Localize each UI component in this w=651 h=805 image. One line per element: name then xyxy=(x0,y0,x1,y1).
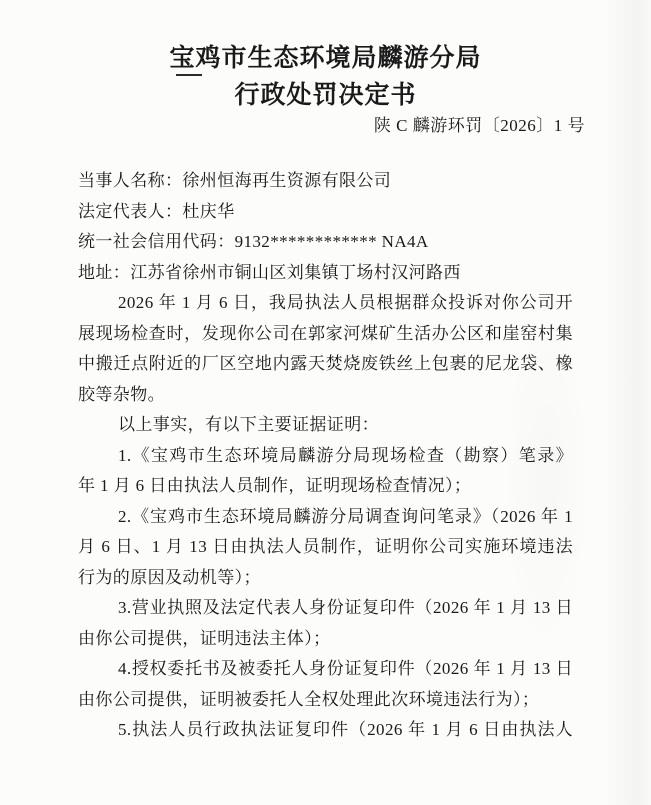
body-line-legal-rep: 法定代表人：杜庆华 xyxy=(78,197,573,228)
document-title-line-2: 行政处罚决定书 xyxy=(0,77,651,114)
body-line-facts-1: 2026 年 1 月 6 日，我局执法人员根据群众投诉对你公司开 xyxy=(78,288,573,319)
body-line-evidence-2b: 月 6 日、1 月 13 日由执法人员制作，证明你公司实施环境违法 xyxy=(78,532,573,563)
body-line-party-name: 当事人名称：徐州恒海再生资源有限公司 xyxy=(78,166,573,197)
body-line-evidence-2a: 2.《宝鸡市生态环境局麟游分局调查询问笔录》（2026 年 1 xyxy=(78,502,573,533)
body-line-evidence-3b: 由你公司提供，证明违法主体）； xyxy=(78,624,573,655)
scan-artifact-right-shade xyxy=(605,0,651,805)
body-line-evidence-4b: 由你公司提供，证明被委托人全权处理此次环境违法行为）； xyxy=(78,685,573,716)
body-line-evidence-1a: 1.《宝鸡市生态环境局麟游分局现场检查（勘察）笔录》（2026 xyxy=(78,441,573,472)
body-line-facts-3: 中搬迁点附近的厂区空地内露天焚烧废铁丝上包裹的尼龙袋、橡 xyxy=(78,349,573,380)
body-line-facts-4: 胶等杂物。 xyxy=(78,380,573,411)
document-title-line-1: 宝鸡市生态环境局麟游分局 xyxy=(0,40,651,77)
body-line-credit-code: 统一社会信用代码：9132************ NA4A xyxy=(78,227,573,258)
body-line-facts-2: 展现场检查时，发现你公司在郭家河煤矿生活办公区和崖窑村集 xyxy=(78,319,573,350)
body-line-evidence-2c: 行为的原因及动机等）； xyxy=(78,563,573,594)
body-line-evidence-4a: 4.授权委托书及被委托人身份证复印件（2026 年 1 月 13 日 xyxy=(78,654,573,685)
body-line-evidence-intro: 以上事实，有以下主要证据证明： xyxy=(78,410,573,441)
body-line-evidence-5a: 5.执法人员行政执法证复印件（2026 年 1 月 6 日由执法人 xyxy=(78,715,573,746)
document-title: 宝鸡市生态环境局麟游分局 行政处罚决定书 xyxy=(0,40,651,114)
scanned-document-page: 宝鸡市生态环境局麟游分局 行政处罚决定书 陕 C 麟游环罚〔2026〕1 号 当… xyxy=(0,0,651,805)
body-line-evidence-1b: 年 1 月 6 日由执法人员制作，证明现场检查情况）； xyxy=(78,471,573,502)
document-body: 当事人名称：徐州恒海再生资源有限公司 法定代表人：杜庆华 统一社会信用代码：91… xyxy=(78,166,573,746)
document-number: 陕 C 麟游环罚〔2026〕1 号 xyxy=(374,114,585,138)
body-line-address: 地址：江苏省徐州市铜山区刘集镇丁场村汉河路西 xyxy=(78,258,573,289)
body-line-evidence-3a: 3.营业执照及法定代表人身份证复印件（2026 年 1 月 13 日 xyxy=(78,593,573,624)
scan-artifact-underline xyxy=(176,74,202,76)
